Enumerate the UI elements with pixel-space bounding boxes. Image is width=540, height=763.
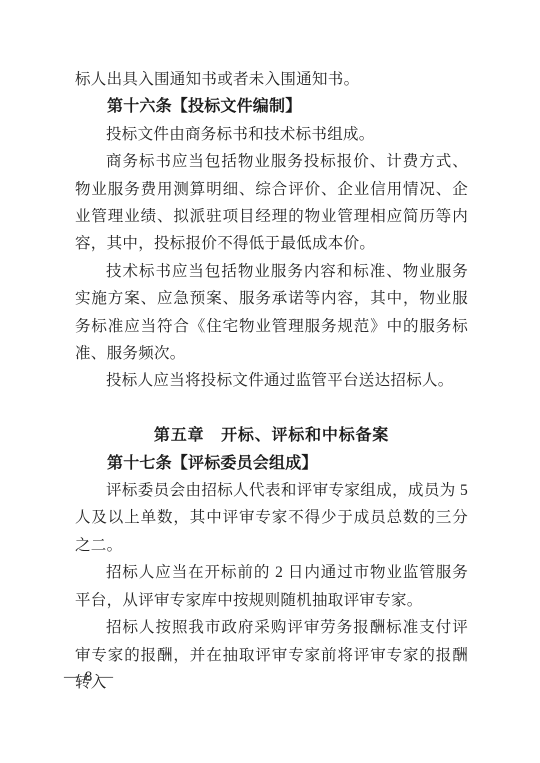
chapter-5-heading: 第五章 开标、评标和中标备案 [75, 422, 468, 449]
document-page: 标人出具入围通知书或者未入围通知书。 第十六条【投标文件编制】 投标文件由商务标… [0, 0, 540, 763]
paragraph: 评标委员会由招标人代表和评审专家组成，成员为 5 人及以上单数，其中评审专家不得… [75, 477, 468, 559]
paragraph: 投标人应当将投标文件通过监管平台送达招标人。 [75, 367, 468, 394]
paragraph: 投标文件由商务标书和技术标书组成。 [75, 121, 468, 148]
paragraph: 商务标书应当包括物业服务投标报价、计费方式、物业服务费用测算明细、综合评价、企业… [75, 148, 468, 258]
page-number: — 8 — [64, 665, 114, 689]
paragraph-continuation: 标人出具入围通知书或者未入围通知书。 [75, 66, 468, 93]
article-16-heading: 第十六条【投标文件编制】 [75, 93, 468, 120]
paragraph: 招标人按照我市政府采购评审劳务报酬标准支付评审专家的报酬，并在抽取评审专家前将评… [75, 614, 468, 696]
document-body: 标人出具入围通知书或者未入围通知书。 第十六条【投标文件编制】 投标文件由商务标… [75, 66, 468, 696]
article-17-heading: 第十七条【评标委员会组成】 [75, 450, 468, 477]
paragraph: 技术标书应当包括物业服务内容和标准、物业服务实施方案、应急预案、服务承诺等内容，… [75, 258, 468, 368]
paragraph: 招标人应当在开标前的 2 日内通过市物业监管服务平台，从评审专家库中按规则随机抽… [75, 559, 468, 614]
